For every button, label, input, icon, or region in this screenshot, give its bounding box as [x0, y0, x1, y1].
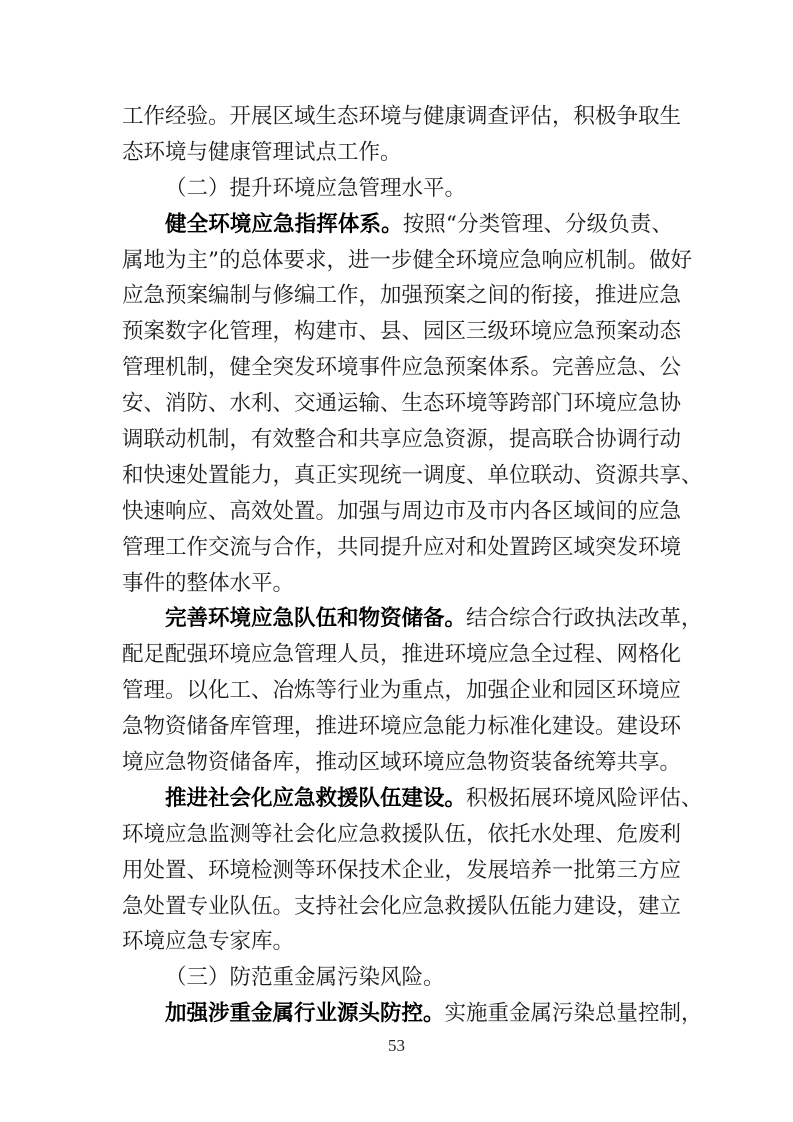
body-line: 急物资储备库管理，推进环境应急能力标准化建设。建设环 — [122, 709, 673, 745]
paragraph-start: 完善环境应急队伍和物资储备。结合综合行政执法改革， — [122, 601, 673, 637]
body-line: 用处置、环境检测等环保技术企业，发展培养一批第三方应 — [122, 853, 673, 889]
paragraph-title: 健全环境应急指挥体系。 — [165, 212, 403, 237]
body-line: 安、消防、水利、交通运输、生态环境等跨部门环境应急协 — [122, 386, 673, 422]
paragraph-text: 实施重金属污染总量控制， — [445, 1001, 703, 1026]
body-line: 管理工作交流与合作，共同提升应对和处置跨区域突发环境 — [122, 530, 673, 566]
paragraph-title: 完善环境应急队伍和物资储备。 — [165, 606, 466, 631]
body-line: 环境应急专家库。 — [122, 924, 673, 960]
body-line: 预案数字化管理，构建市、县、园区三级环境应急预案动态 — [122, 314, 673, 350]
body-line: 事件的整体水平。 — [122, 566, 673, 602]
paragraph-text: 结合综合行政执法改革， — [466, 606, 703, 631]
body-line: 急处置专业队伍。支持社会化应急救援队伍能力建设，建立 — [122, 889, 673, 925]
body-line: 管理机制，健全突发环境事件应急预案体系。完善应急、公 — [122, 350, 673, 386]
section-heading: （二）提升环境应急管理水平。 — [122, 171, 673, 207]
body-line: 调联动机制，有效整合和共享应急资源，提高联合协调行动 — [122, 422, 673, 458]
paragraph-text: 按照“分类管理、分级负责、 — [403, 212, 673, 237]
body-line: 态环境与健康管理试点工作。 — [122, 135, 673, 171]
paragraph-start: 健全环境应急指挥体系。按照“分类管理、分级负责、 — [122, 207, 673, 243]
body-line: 工作经验。开展区域生态环境与健康调查评估，积极争取生 — [122, 99, 673, 135]
body-line: 环境应急监测等社会化应急救援队伍，依托水处理、危废利 — [122, 817, 673, 853]
document-page: 工作经验。开展区域生态环境与健康调查评估，积极争取生 态环境与健康管理试点工作。… — [122, 99, 673, 1032]
paragraph-start: 推进社会化应急救援队伍建设。积极拓展环境风险评估、 — [122, 781, 673, 817]
body-line: 境应急物资储备库，推动区域环境应急物资装备统筹共享。 — [122, 745, 673, 781]
page-number: 53 — [0, 1036, 793, 1056]
paragraph-text: 积极拓展环境风险评估、 — [466, 786, 703, 811]
body-line: 快速响应、高效处置。加强与周边市及市内各区域间的应急 — [122, 494, 673, 530]
paragraph-title: 推进社会化应急救援队伍建设。 — [165, 786, 466, 811]
paragraph-start: 加强涉重金属行业源头防控。实施重金属污染总量控制， — [122, 996, 673, 1032]
body-line: 应急预案编制与修编工作，加强预案之间的衔接，推进应急 — [122, 278, 673, 314]
body-line: 管理。以化工、冶炼等行业为重点，加强企业和园区环境应 — [122, 673, 673, 709]
body-line: 和快速处置能力，真正实现统一调度、单位联动、资源共享、 — [122, 458, 673, 494]
section-heading: （三）防范重金属污染风险。 — [122, 960, 673, 996]
body-line: 属地为主”的总体要求，进一步健全环境应急响应机制。做好 — [122, 243, 673, 279]
body-line: 配足配强环境应急管理人员，推进环境应急全过程、网格化 — [122, 637, 673, 673]
paragraph-title: 加强涉重金属行业源头防控。 — [165, 1001, 445, 1026]
